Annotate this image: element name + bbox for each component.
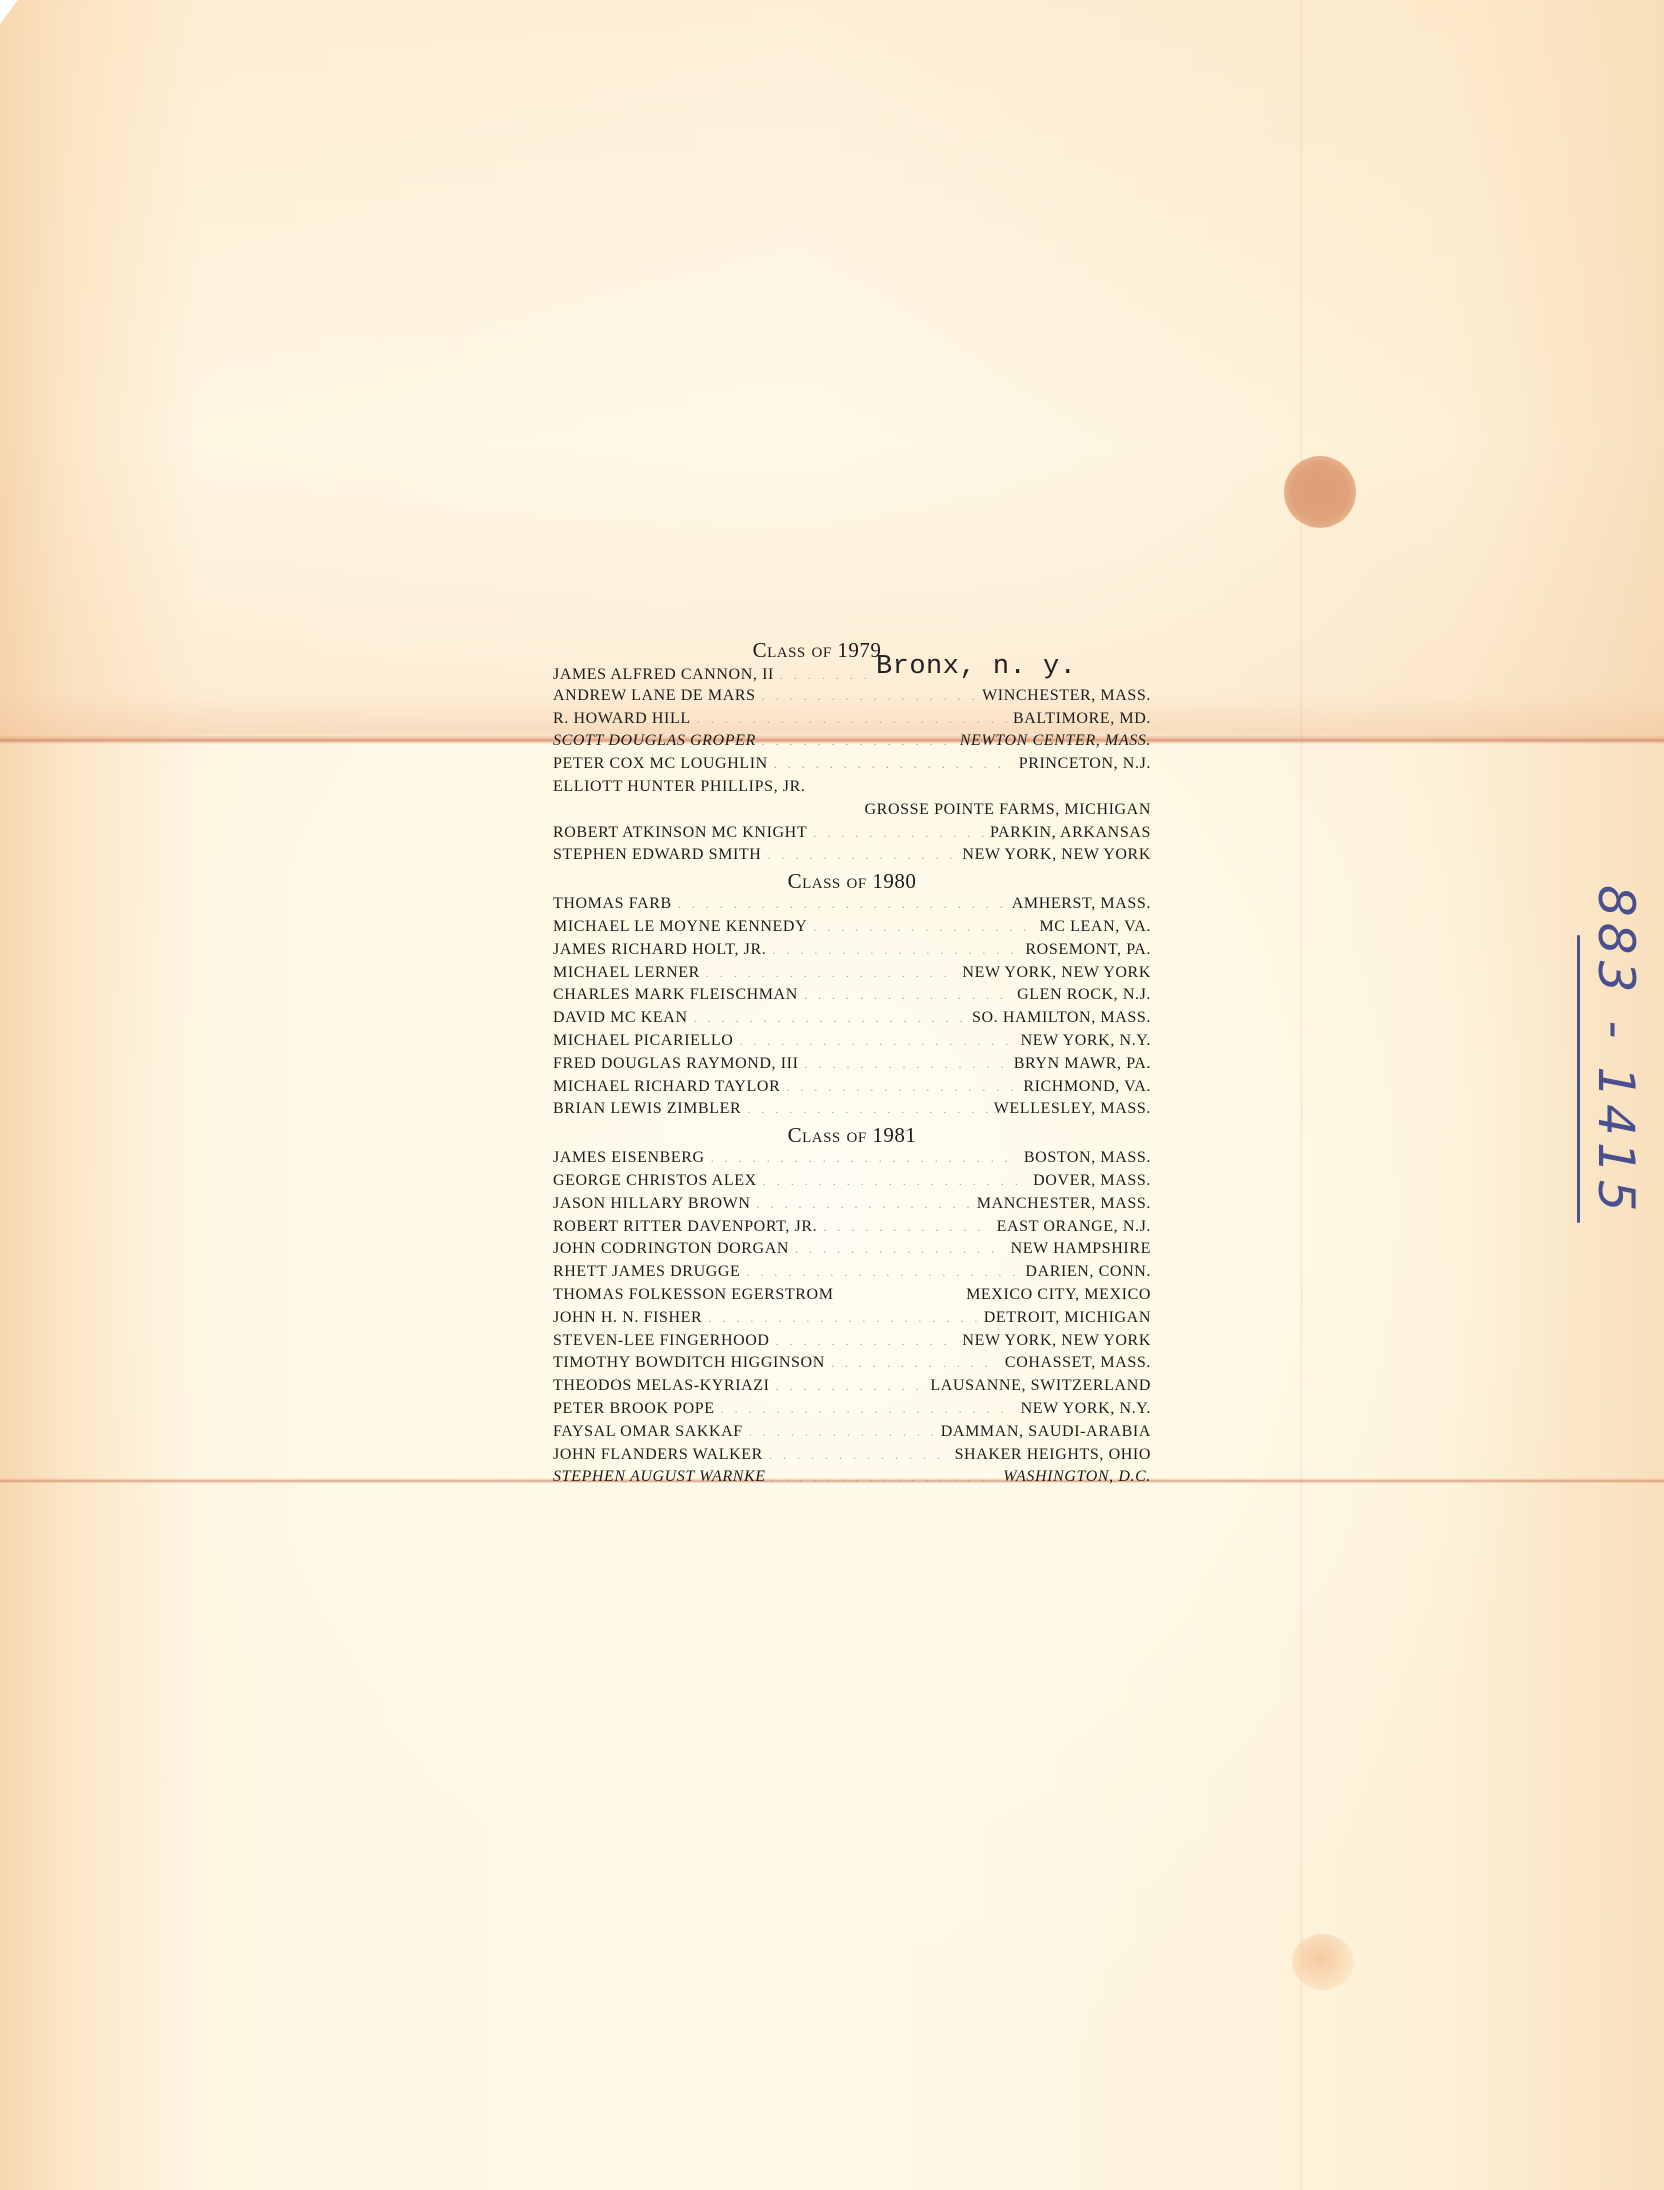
dot-leader — [756, 1193, 970, 1216]
hometown: Winchester, Mass. — [982, 685, 1151, 708]
hometown: Richmond, Va. — [1023, 1076, 1151, 1099]
student-name: Scott Douglas Groper — [553, 730, 756, 753]
student-name: Michael Lerner — [553, 962, 700, 985]
student-name: Stephen August Warnke — [553, 1466, 766, 1489]
handwritten-underline — [1577, 935, 1580, 1223]
hometown: Wellesley, Mass. — [994, 1098, 1151, 1121]
dot-leader — [776, 1330, 957, 1353]
student-name: Michael Picariello — [553, 1030, 733, 1053]
hometown: New York, New York — [962, 1330, 1151, 1353]
student-name: John Flanders Walker — [553, 1444, 763, 1467]
student-name: John H. N. Fisher — [553, 1307, 702, 1330]
roster-entry: Timothy Bowditch HigginsonCohasset, Mass… — [553, 1352, 1151, 1375]
student-name: James Eisenberg — [553, 1147, 705, 1170]
roster-entry: Elliott Hunter Phillips, Jr. — [553, 776, 1151, 799]
student-name: R. Howard Hill — [553, 708, 691, 731]
student-name: John Codrington Dorgan — [553, 1238, 789, 1261]
hometown: New York, N.Y. — [1021, 1030, 1151, 1053]
student-name: Michael Richard Taylor — [553, 1076, 780, 1099]
roster-entry: Peter Brook PopeNew York, N.Y. — [553, 1398, 1151, 1421]
hometown: Mexico City, Mexico — [966, 1284, 1151, 1307]
roster-entry: Robert Atkinson Mc KnightParkin, Arkansa… — [553, 822, 1151, 845]
roster-entry: James Richard Holt, Jr.Rosemont, Pa. — [553, 939, 1151, 962]
student-name: Fred Douglas Raymond, III — [553, 1053, 799, 1076]
roster-entry-continuation: Grosse Pointe Farms, Michigan — [553, 799, 1151, 822]
student-name: Faysal Omar Sakkaf — [553, 1421, 743, 1444]
student-name: George Christos Alex — [553, 1170, 757, 1193]
student-name: Brian Lewis Zimbler — [553, 1098, 741, 1121]
dot-leader — [772, 1466, 998, 1489]
dot-leader — [763, 1170, 1027, 1193]
dot-leader — [721, 1398, 1015, 1421]
class-roster: Class of 1979James Alfred Cannon, IIBron… — [553, 636, 1151, 1489]
roster-entry: Faysal Omar SakkafDamman, Saudi-Arabia — [553, 1421, 1151, 1444]
dot-leader — [762, 685, 976, 708]
hometown: Washington, D.C. — [1003, 1466, 1151, 1489]
dot-leader — [678, 893, 1006, 916]
roster-entry: Scott Douglas GroperNewton Center, Mass. — [553, 730, 1151, 753]
dot-leader — [805, 1053, 1008, 1076]
roster-entry: Stephen August WarnkeWashington, D.C. — [553, 1466, 1151, 1489]
hometown: Mc Lean, Va. — [1039, 916, 1151, 939]
roster-entry: David Mc KeanSo. Hamilton, Mass. — [553, 1007, 1151, 1030]
dot-leader — [780, 664, 870, 687]
dot-leader — [774, 753, 1013, 776]
roster-entry: Jason Hillary BrownManchester, Mass. — [553, 1193, 1151, 1216]
hometown: Grosse Pointe Farms, Michigan — [865, 799, 1151, 822]
dot-leader — [694, 1007, 966, 1030]
dot-leader — [739, 1030, 1014, 1053]
student-name: David Mc Kean — [553, 1007, 688, 1030]
student-name: Thomas Farb — [553, 893, 672, 916]
dot-leader — [769, 1444, 949, 1467]
dot-leader — [772, 939, 1019, 962]
student-name: Robert Atkinson Mc Knight — [553, 822, 807, 845]
hometown: East Orange, N.J. — [997, 1216, 1151, 1239]
stain-spot-lower — [1292, 1934, 1354, 1990]
hometown: Bronx, n. y. — [876, 656, 1076, 679]
class-heading: Class of 1981 — [553, 1123, 1151, 1147]
dot-leader — [831, 1352, 999, 1375]
student-name: Andrew Lane De Mars — [553, 685, 756, 708]
roster-entry: Charles Mark FleischmanGlen Rock, N.J. — [553, 984, 1151, 1007]
vertical-fold-crease — [1300, 0, 1303, 2190]
hometown: Damman, Saudi-Arabia — [941, 1421, 1151, 1444]
hometown: Baltimore, Md. — [1013, 708, 1151, 731]
hometown: New York, New York — [962, 844, 1151, 867]
roster-entry: Thomas Folkesson EgerstromMexico City, M… — [553, 1284, 1151, 1307]
roster-entry: George Christos AlexDover, Mass. — [553, 1170, 1151, 1193]
roster-entry: Peter Cox Mc LoughlinPrinceton, N.J. — [553, 753, 1151, 776]
roster-entry: John H. N. FisherDetroit, Michigan — [553, 1307, 1151, 1330]
student-name: Stephen Edward Smith — [553, 844, 761, 867]
roster-entry: Michael Richard TaylorRichmond, Va. — [553, 1076, 1151, 1099]
student-name: Theodos Melas-Kyriazi — [553, 1375, 770, 1398]
hometown: Amherst, Mass. — [1012, 893, 1151, 916]
roster-entry: Robert Ritter Davenport, Jr.East Orange,… — [553, 1216, 1151, 1239]
dot-leader — [776, 1375, 925, 1398]
student-name: Jason Hillary Brown — [553, 1193, 750, 1216]
stain-spot-upper — [1284, 456, 1356, 528]
dot-leader — [697, 708, 1007, 731]
student-name: Timothy Bowditch Higginson — [553, 1352, 825, 1375]
roster-entry: Rhett James DruggeDarien, Conn. — [553, 1261, 1151, 1284]
student-name: Thomas Folkesson Egerstrom — [553, 1284, 834, 1307]
student-name: Rhett James Drugge — [553, 1261, 740, 1284]
roster-entry: Michael LernerNew York, New York — [553, 962, 1151, 985]
roster-entry: R. Howard HillBaltimore, Md. — [553, 708, 1151, 731]
hometown: Boston, Mass. — [1024, 1147, 1151, 1170]
hometown: Dover, Mass. — [1033, 1170, 1151, 1193]
dot-leader — [823, 1216, 990, 1239]
dot-leader — [762, 730, 954, 753]
student-name: Charles Mark Fleischman — [553, 984, 798, 1007]
hometown: New York, New York — [962, 962, 1151, 985]
hometown: Bryn Mawr, Pa. — [1014, 1053, 1151, 1076]
roster-entry: Thomas FarbAmherst, Mass. — [553, 893, 1151, 916]
dot-leader — [749, 1421, 935, 1444]
dot-leader — [813, 916, 1033, 939]
dot-leader — [746, 1261, 1019, 1284]
dot-leader — [708, 1307, 977, 1330]
roster-entry: Stephen Edward SmithNew York, New York — [553, 844, 1151, 867]
hometown: Newton Center, Mass. — [960, 730, 1151, 753]
hometown: Glen Rock, N.J. — [1017, 984, 1151, 1007]
class-heading: Class of 1980 — [553, 869, 1151, 893]
handwritten-number: 883 - 1415 — [1585, 885, 1645, 1225]
roster-entry: John Flanders WalkerShaker Heights, Ohio — [553, 1444, 1151, 1467]
paper-discoloration — [0, 0, 1664, 740]
dot-leader — [767, 844, 956, 867]
hometown: New Hampshire — [1011, 1238, 1151, 1261]
roster-entry: Michael PicarielloNew York, N.Y. — [553, 1030, 1151, 1053]
student-name: James Alfred Cannon, II — [553, 664, 774, 687]
roster-entry: Fred Douglas Raymond, IIIBryn Mawr, Pa. — [553, 1053, 1151, 1076]
dot-leader — [804, 984, 1011, 1007]
hometown: Shaker Heights, Ohio — [955, 1444, 1151, 1467]
hometown: Manchester, Mass. — [977, 1193, 1151, 1216]
dot-leader — [813, 822, 984, 845]
student-name: Robert Ritter Davenport, Jr. — [553, 1216, 817, 1239]
student-name: Elliott Hunter Phillips, Jr. — [553, 776, 806, 799]
roster-entry: Andrew Lane De MarsWinchester, Mass. — [553, 685, 1151, 708]
hometown: So. Hamilton, Mass. — [972, 1007, 1151, 1030]
hometown: New York, N.Y. — [1021, 1398, 1151, 1421]
hometown: Detroit, Michigan — [984, 1307, 1151, 1330]
roster-entry: James Alfred Cannon, IIBronx, n. y. — [553, 662, 1151, 685]
hometown: Lausanne, Switzerland — [930, 1375, 1151, 1398]
dot-leader — [786, 1076, 1017, 1099]
roster-entry: Steven-Lee FingerhoodNew York, New York — [553, 1330, 1151, 1353]
hometown: Darien, Conn. — [1025, 1261, 1151, 1284]
roster-entry: James EisenbergBoston, Mass. — [553, 1147, 1151, 1170]
student-name: James Richard Holt, Jr. — [553, 939, 766, 962]
roster-entry: Theodos Melas-KyriaziLausanne, Switzerla… — [553, 1375, 1151, 1398]
dot-leader — [747, 1098, 987, 1121]
hometown: Parkin, Arkansas — [990, 822, 1151, 845]
student-name: Peter Cox Mc Loughlin — [553, 753, 768, 776]
hometown: Princeton, N.J. — [1019, 753, 1151, 776]
dot-leader — [711, 1147, 1018, 1170]
student-name: Steven-Lee Fingerhood — [553, 1330, 770, 1353]
student-name: Peter Brook Pope — [553, 1398, 715, 1421]
hometown: Rosemont, Pa. — [1025, 939, 1151, 962]
student-name: Michael Le Moyne Kennedy — [553, 916, 807, 939]
roster-entry: Michael Le Moyne KennedyMc Lean, Va. — [553, 916, 1151, 939]
handwritten-note: 883 - 1415 — [1567, 885, 1637, 1225]
roster-entry: John Codrington DorganNew Hampshire — [553, 1238, 1151, 1261]
roster-entry: Brian Lewis ZimblerWellesley, Mass. — [553, 1098, 1151, 1121]
hometown: Cohasset, Mass. — [1005, 1352, 1151, 1375]
dot-leader — [706, 962, 957, 985]
dot-leader — [795, 1238, 1005, 1261]
